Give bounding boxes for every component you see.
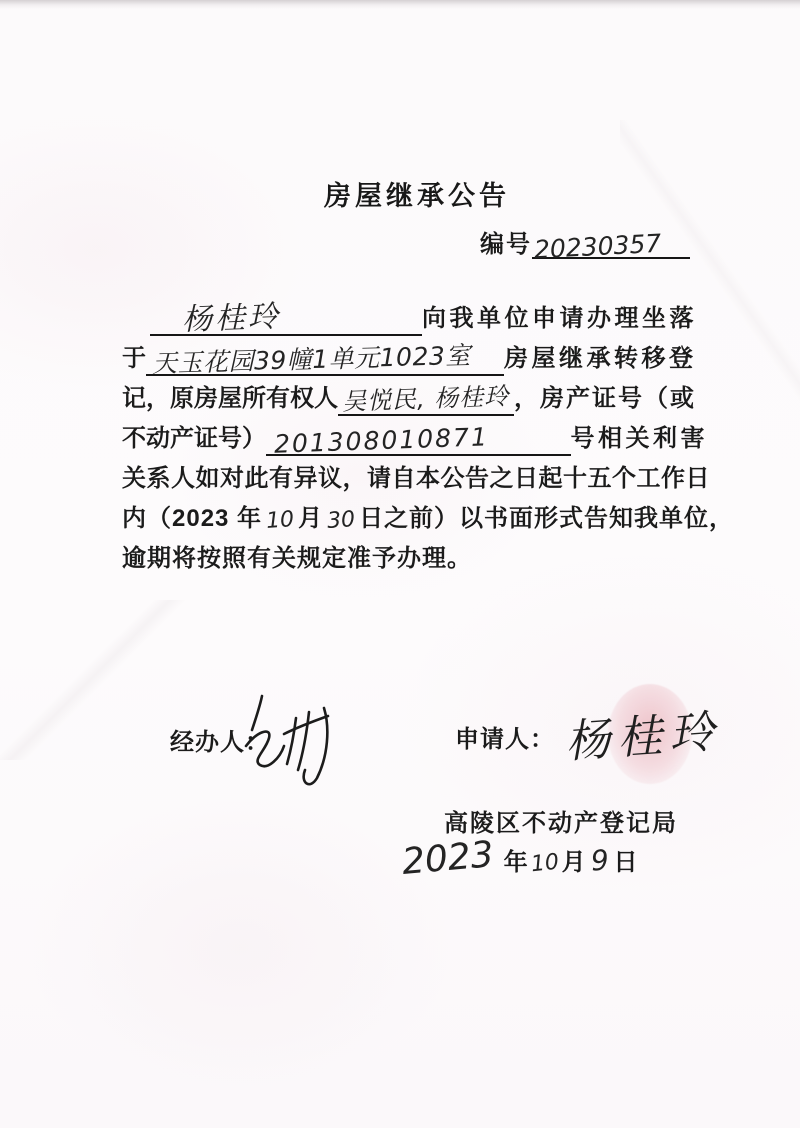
- printed-text: 逾期将按照有关规定准予办理。: [122, 542, 472, 576]
- body-paragraph: 杨桂玲 向我单位申请办理坐落 于 天玉花园39幢1单元1023室 房屋继承转移登…: [122, 296, 708, 576]
- number-blank-line: 20230357: [532, 227, 690, 259]
- year-unit: 年: [504, 842, 528, 877]
- body-line-3: 记，原房屋所有权人 吴悦民, 杨桂玲 ，房产证号（或: [122, 376, 708, 416]
- printed-text: 记，原房屋所有权人: [122, 382, 338, 416]
- body-line-6: 内（2023 年 10 月 30 日之前）以书面形式告知我单位，: [122, 496, 708, 536]
- applicant-name-blank: 杨桂玲: [150, 300, 422, 336]
- printed-text: 向我单位申请办理坐落: [422, 302, 697, 336]
- document-title: 房屋继承公告: [0, 174, 800, 213]
- scan-top-edge-shadow: [0, 0, 800, 9]
- deadline-day-handwritten: 30: [326, 503, 356, 539]
- date-month-handwritten: 10: [529, 850, 559, 878]
- certificate-number-blank: 201308010871: [266, 420, 571, 456]
- day-unit: 日: [613, 842, 637, 877]
- printed-text: 内（2023 年: [122, 502, 262, 536]
- month-unit: 月: [562, 842, 586, 877]
- date-day-handwritten: 9: [589, 843, 609, 877]
- printed-text: 号相关利害: [571, 422, 709, 456]
- printed-text: 于: [122, 342, 146, 376]
- original-owners-handwritten: 吴悦民, 杨桂玲: [341, 379, 509, 419]
- body-line-4: 不动产证号） 201308010871 号相关利害: [122, 416, 708, 456]
- applicant-name-handwritten: 杨桂玲: [181, 300, 281, 337]
- number-handwritten-value: 20230357: [533, 229, 662, 265]
- printed-text: 日之前）以书面形式告知我单位，: [359, 502, 734, 536]
- scanned-paper: 房屋继承公告 编号 20230357 杨桂玲 向我单位申请办理坐落 于 天玉花园…: [0, 0, 800, 1128]
- original-owners-blank: 吴悦民, 杨桂玲: [338, 380, 514, 416]
- certificate-number-handwritten: 201308010871: [273, 420, 489, 461]
- body-line-7: 逾期将按照有关规定准予办理。: [122, 536, 708, 576]
- body-line-2: 于 天玉花园39幢1单元1023室 房屋继承转移登: [122, 336, 708, 376]
- printed-text: 月: [298, 502, 323, 536]
- printed-text: 不动产证号）: [122, 422, 266, 456]
- applicant-signature: 杨桂玲: [563, 695, 723, 771]
- applicant-label: 申请人：: [455, 719, 555, 754]
- date-year-handwritten: 2023: [400, 834, 495, 883]
- property-address-handwritten: 天玉花园39幢1单元1023室: [152, 339, 472, 381]
- body-line-1: 杨桂玲 向我单位申请办理坐落: [122, 296, 708, 336]
- deadline-month-handwritten: 10: [265, 503, 295, 539]
- number-label: 编号: [480, 224, 532, 259]
- handler-signature-scribble: [238, 690, 353, 790]
- body-line-5: 关系人如对此有异议，请自本公告之日起十五个工作日: [122, 456, 708, 496]
- date-line: 2023 年 10 月 9 日: [402, 838, 637, 879]
- document-number-row: 编号 20230357: [480, 224, 690, 259]
- agency-name: 高陵区不动产登记局: [444, 803, 678, 838]
- property-address-blank: 天玉花园39幢1单元1023室: [146, 340, 504, 376]
- printed-text: ，房产证号（或: [514, 382, 696, 416]
- printed-text: 关系人如对此有异议，请自本公告之日起十五个工作日: [122, 462, 710, 496]
- printed-text: 房屋继承转移登: [504, 342, 697, 376]
